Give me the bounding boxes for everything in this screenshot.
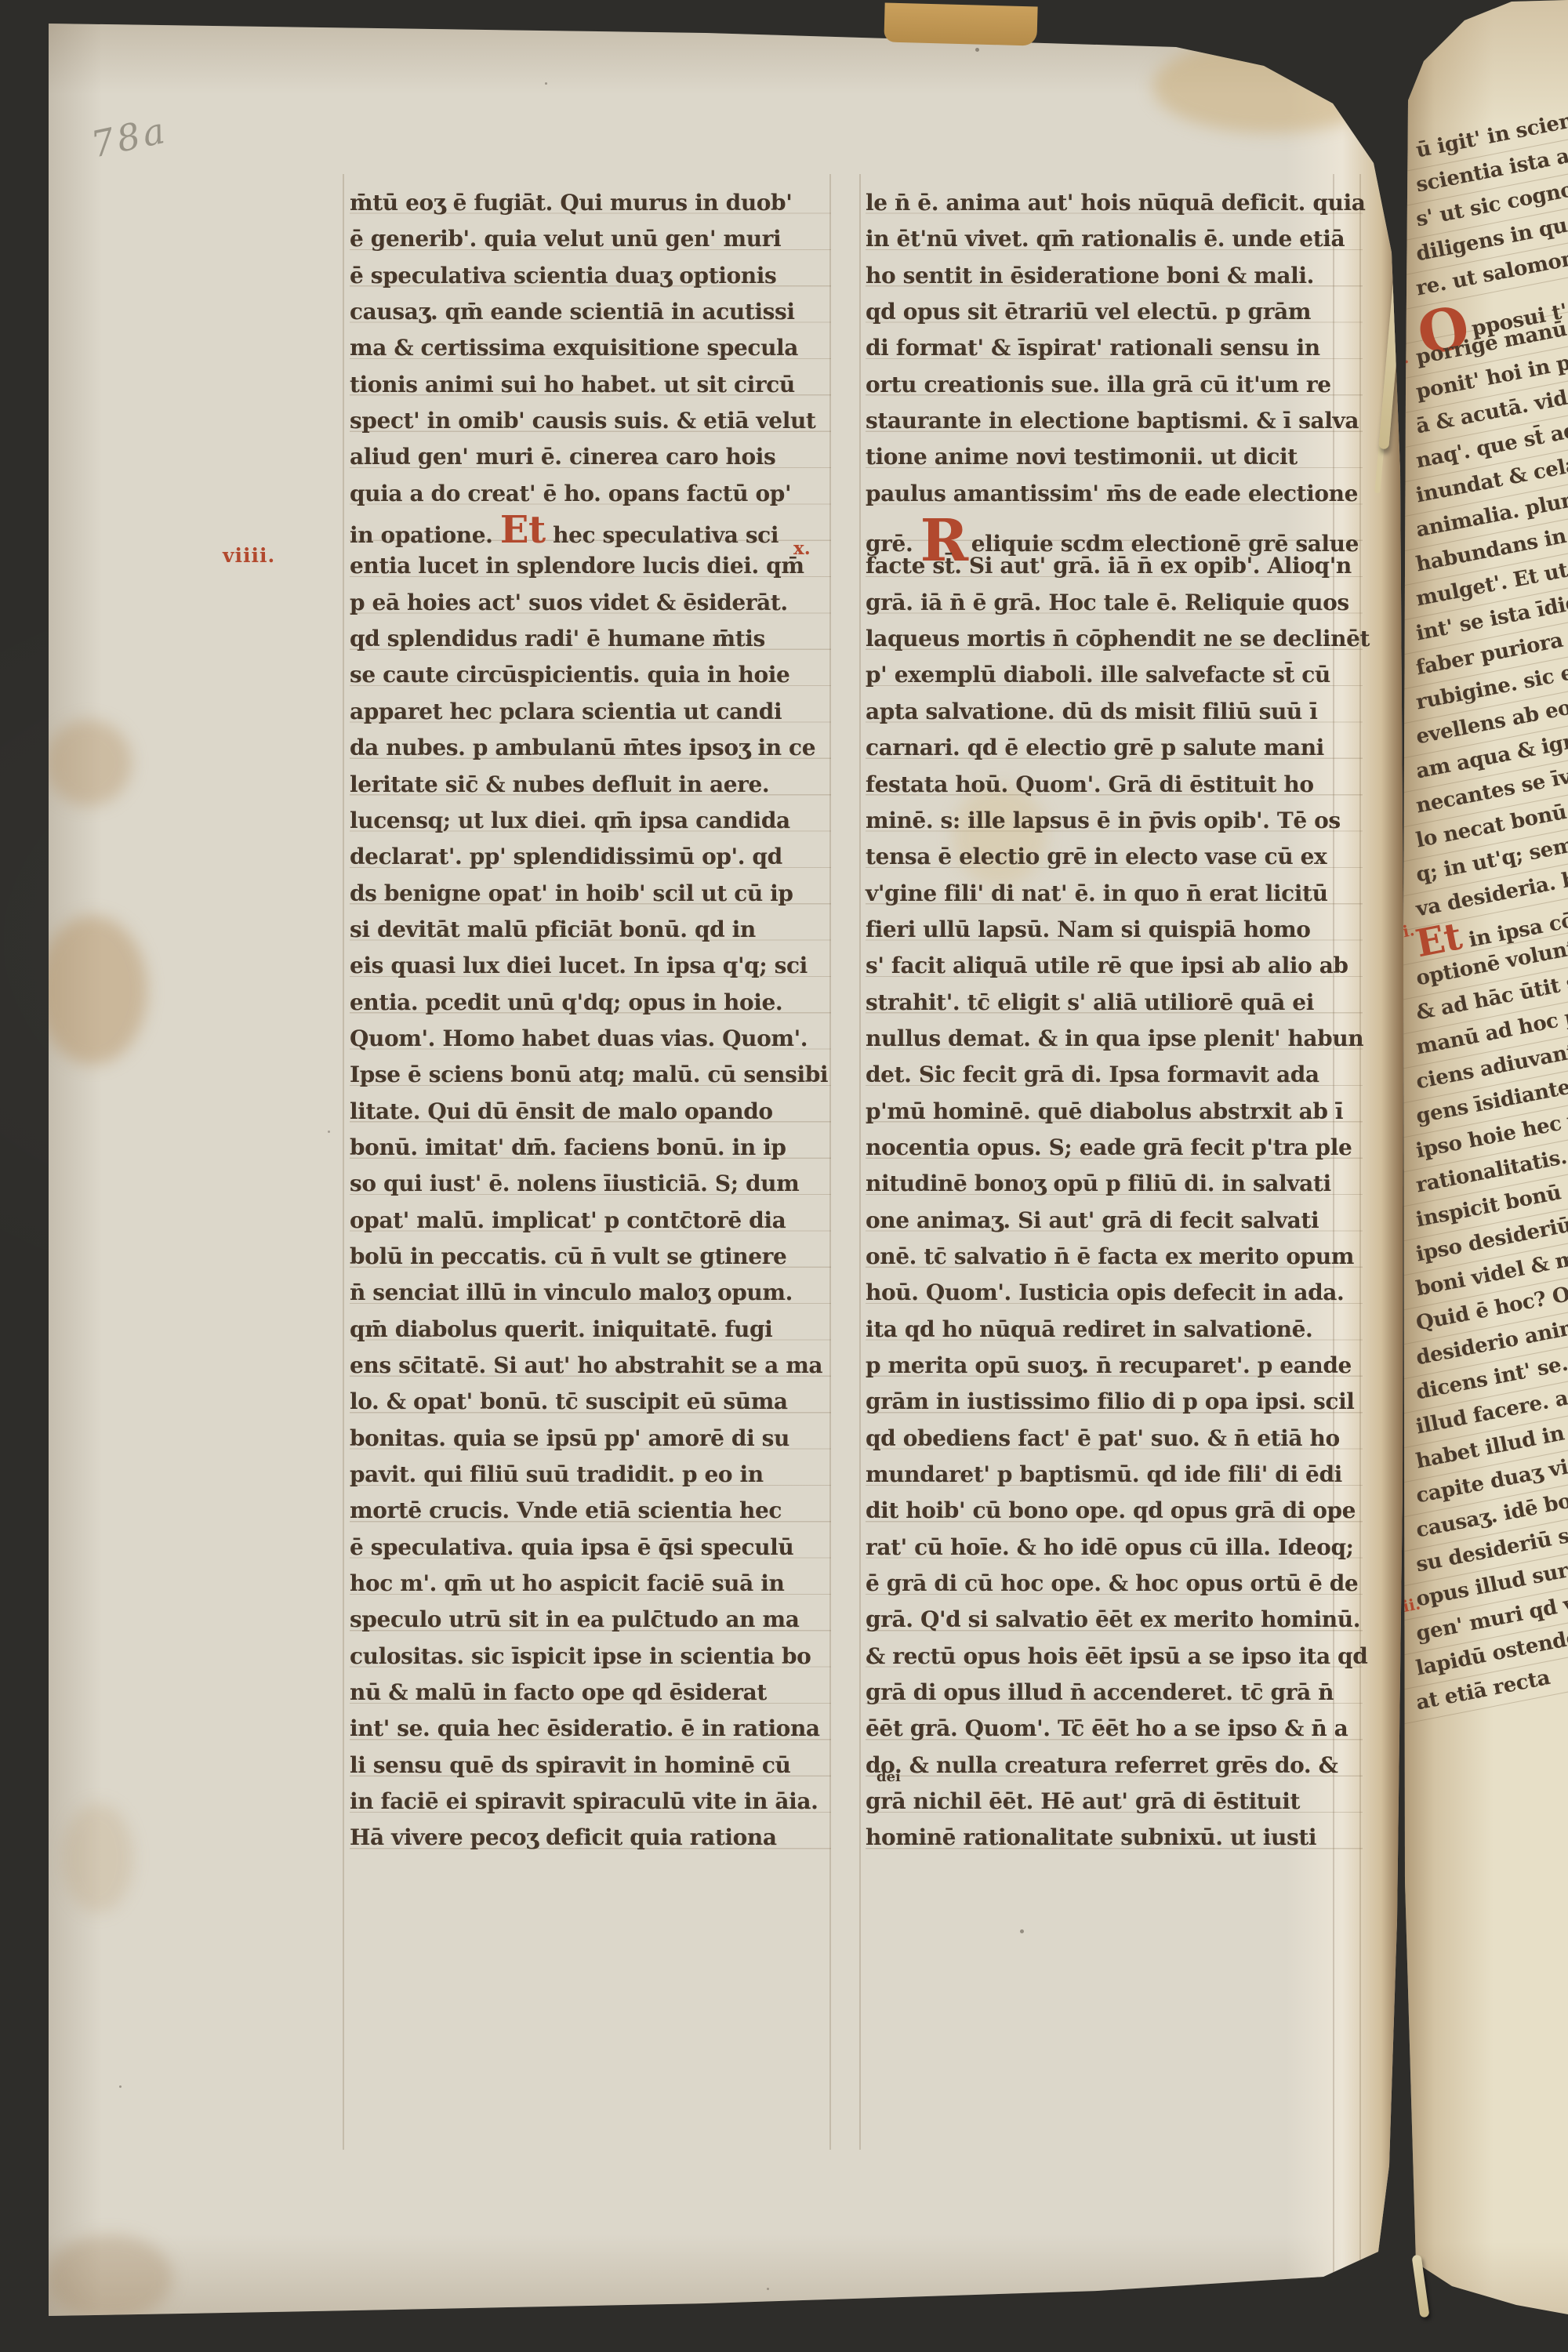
text-line: grē. Reliquie scdm electionē grē salu… [866,512,1363,548]
body-text: m̄tū eoʒ ē fugiāt. Qui murus in duob' [350,190,792,216]
body-text: qd obediens fact' ē pat' suo. & n̄ etia… [866,1425,1340,1451]
text-line: qd obediens fact' ē pat' suo. & n̄ etia… [866,1421,1363,1457]
body-text: ma & certissima exquisitione specula [350,335,798,361]
text-line: do. & nulla creatura referret grēs do. … [866,1748,1363,1784]
body-text: eis quasi lux diei lucet. In ipsa q'q; s… [350,953,808,978]
body-text: minē. s: ille lapsus ē in p̄vis opib'.… [866,808,1341,833]
body-text: p' exemplū diaboli. ille salvefacte st̄… [866,662,1330,688]
body-text: in faciē ei spiravit spiraculū vite in… [350,1788,818,1814]
text-line: hoc m'. qm̄ ut ho aspicit faciē suā in [350,1566,831,1602]
text-line: in ēt'nū vivet. qm̄ rationalis ē. und… [866,221,1363,257]
fly-specks [0,0,2,2]
body-text: staurante in electione baptismi. & ī sa… [866,408,1359,434]
body-text: grā di opus illud n̄ accenderet. tc̄ gr… [866,1679,1334,1705]
page-edge-sliver [884,2,1037,45]
text-line: qd splendidus radi' ē humane m̄tis [350,621,831,657]
text-line: se caute circūspicientis. quia in hoie [350,657,831,693]
body-text: ēēt grā. Quom'. Tc̄ ēēt ho a se ips… [866,1715,1348,1741]
text-line: bonitas. quia se ipsū pp' amorē di su [350,1421,831,1457]
text-line: v'gine fili' di nat' ē. in quo n̄ erat … [866,876,1363,912]
body-text: dit hoib' cū bono ope. qd opus grā di … [866,1497,1356,1523]
body-text: v'gine fili' di nat' ē. in quo n̄ erat … [866,880,1328,906]
text-line: bolū in peccatis. cū n̄ vult se gtiner… [350,1239,831,1275]
text-line: ita qd ho nūquā rediret in salvationē… [866,1312,1363,1348]
text-line: ens sc̄itatē. Si aut' ho abstrahit se a… [350,1348,831,1384]
body-text: si devitāt malū pficiāt bonū. qd in [350,916,756,942]
text-line: nocentia opus. S; eade grā fecit p'tra … [866,1130,1363,1166]
text-line: ē grā di cū hoc ope. & hoc opus ortū… [866,1566,1363,1602]
body-text: apta salvatione. dū ds misit filiū suu… [866,699,1317,724]
text-line: hoū. Quom'. Iusticia opis defecit in ad… [866,1275,1363,1311]
text-line: le n̄ ē. anima aut' hois nūquā defici… [866,185,1363,221]
ruling-line-vertical [859,174,861,2150]
body-text: ē speculativa scientia duaʒ optionis [350,263,776,289]
body-text: p'mū hominē. quē diabolus abstrxit ab… [866,1098,1343,1124]
text-line: ho sentit in ēsideratione boni & mali. [866,258,1363,294]
text-line: culositas. sic īspicit ipse in scientia… [350,1639,831,1675]
body-text: tione anime novi testimonii. ut dicit [866,444,1298,470]
body-text: Ipse ē sciens bonū atq; malū. cū sen… [350,1062,828,1087]
text-line: strahit'. tc̄ eligit s' aliā utiliorē … [866,985,1363,1021]
text-line: apparet hec pclara scientia ut candi [350,694,831,730]
body-text: ho sentit in ēsideratione boni & mali. [866,263,1314,289]
text-line: eis quasi lux diei lucet. In ipsa q'q; s… [350,948,831,984]
text-line: & rectū opus hois ēēt ipsū a se ipso… [866,1639,1363,1675]
text-line: di format' & īspirat' rationali sensu i… [866,330,1363,366]
body-text: leritate sic̄ & nubes defluit in aere. [350,771,769,797]
binding-thread [1378,273,1404,449]
body-text: se caute circūspicientis. quia in hoie [350,662,789,688]
body-text: so qui iust' ē. nolens īiusticiā. S; … [350,1171,799,1196]
body-text: qd splendidus radi' ē humane m̄tis [350,626,765,652]
body-text: speculo utrū sit in ea pulc̄tudo an ma [350,1606,799,1632]
text-line: leritate sic̄ & nubes defluit in aere. [350,767,831,803]
text-line: grā. iā n̄ ē grā. Hoc tale ē. Reliq… [866,585,1363,621]
text-line: nū & malū in facto ope qd ēsiderat [350,1675,831,1711]
body-text: causaʒ. qm̄ eande scientiā in acutissi [350,299,795,325]
text-line: tionis animi sui ho habet. ut sit circū [350,367,831,403]
text-line: fieri ullū lapsū. Nam si quispiā homo [866,912,1363,948]
body-text: li sensu quē ds spiravit in hominē cū [350,1752,790,1778]
text-line: qm̄ diabolus querit. iniquitatē. fugi [350,1312,831,1348]
text-line: da nubes. p ambulanū m̄tes ipsoʒ in ce [350,730,831,766]
body-text: n̄ senciat illū in vinculo maloʒ opum. [350,1279,793,1305]
body-text: litate. Qui dū ēnsit de malo opando [350,1098,773,1124]
body-text: rat' cū hoīe. & ho idē opus cū illa.… [866,1534,1354,1560]
body-text: ortu creationis sue. illa grā cū it'um… [866,372,1331,397]
text-line: mundaret' p baptismū. qd ide fili' di e… [866,1457,1363,1493]
body-text: carnari. qd ē electio grē p salute man… [866,735,1324,760]
body-text: p merita opū suoʒ. n̄ recuparet'. p ean… [866,1352,1352,1378]
text-line: speculo utrū sit in ea pulc̄tudo an ma [350,1602,831,1638]
text-line: tensa ē electio grē in electo vase cū… [866,839,1363,875]
body-text: qd opus sit ētrariū vel electū. p gra… [866,299,1311,325]
body-text: apparet hec pclara scientia ut candi [350,699,782,724]
text-line: apta salvatione. dū ds misit filiū suu… [866,694,1363,730]
text-line: opat' malū. implicat' p contc̄torē dia [350,1203,831,1239]
body-text: ē generib'. quia velut unū gen' muri [350,226,781,252]
body-text: ds benigne opat' in hoib' scil ut cū ip [350,880,793,906]
folio-number-pencil: 78a [87,108,171,165]
text-line: lo. & opat' bonū. tc̄ suscipit eū sūm… [350,1384,831,1420]
text-line: dit hoib' cū bono ope. qd opus grā di … [866,1493,1363,1529]
text-column-right: le n̄ ē. anima aut' hois nūquā defici… [866,185,1363,1857]
parchment-stain [45,720,132,806]
parchment-stain [63,1803,133,1913]
text-line: grā. Q'd si salvatio ēēt ex merito ho… [866,1602,1363,1638]
text-line: det. Sic fecit grā di. Ipsa formavit ad… [866,1057,1363,1093]
body-text: opat' malū. implicat' p contc̄torē dia [350,1207,786,1233]
body-text: mundaret' p baptismū. qd ide fili' di e… [866,1461,1342,1487]
body-text: hoc m'. qm̄ ut ho aspicit faciē suā in [350,1570,784,1596]
body-text: quia a do creat' ē ho. opans factū op' [350,481,791,506]
text-line: causaʒ. qm̄ eande scientiā in acutissi [350,294,831,330]
text-line: in faciē ei spiravit spiraculū vite in… [350,1784,831,1820]
body-text: hec speculativa sci [546,522,779,548]
text-line: ma & certissima exquisitione specula [350,330,831,366]
text-line: pavit. qui filiū suū tradidit. p eo in [350,1457,831,1493]
body-text: grā nichil ēēt. Hē aut' grā di ēst… [866,1788,1300,1814]
text-line: declarat'. pp' splendidissimū op'. qd [350,839,831,875]
text-line: hominē rationalitate subnixū. ut iusti [866,1820,1363,1856]
text-line: p eā hoies act' suos videt & ēsiderāt… [350,585,831,621]
next-page-text-column: ū igit' in scientia boni &scientia ista… [1377,143,1568,1730]
body-text: bonū. imitat' dm̄. faciens bonū. in ip [350,1134,786,1160]
body-text: culositas. sic īspicit ipse in scientia… [350,1643,811,1669]
text-line: spect' in omib' causis suis. & etiā vel… [350,403,831,439]
body-text: nitudinē bonoʒ opū p filiū di. in sal… [866,1171,1331,1196]
text-column-left: m̄tū eoʒ ē fugiāt. Qui murus in duob'… [350,185,831,1857]
body-text: grā. Q'd si salvatio ēēt ex merito ho… [866,1606,1360,1632]
text-line: p' exemplū diaboli. ille salvefacte st̄… [866,657,1363,693]
body-text: mortē crucis. Vnde etiā scientia hec [350,1497,782,1523]
body-text: lo. & opat' bonū. tc̄ suscipit eū sūm… [350,1388,788,1414]
body-text: festata hoū. Quom'. Grā di ēstituit h… [866,771,1314,797]
chapter-numeral-rubric: viiii. [223,544,275,567]
body-text: laqueus mortis n̄ cōphendit ne se decli… [866,626,1370,652]
text-line: Ipse ē sciens bonū atq; malū. cū sen… [350,1057,831,1093]
text-line: lucensq; ut lux diei. qm̄ ipsa candida [350,803,831,839]
body-text: nocentia opus. S; eade grā fecit p'tra … [866,1134,1352,1160]
body-text: fieri ullū lapsū. Nam si quispiā homo [866,916,1311,942]
body-text: hoū. Quom'. Iusticia opis defecit in ad… [866,1279,1344,1305]
text-line: Quom'. Homo habet duas vias. Quom'. [350,1021,831,1057]
body-text: facte st̄. Si aut' grā. iā n̄ ex opib'… [866,553,1352,579]
text-line: mortē crucis. Vnde etiā scientia hec [350,1493,831,1529]
text-line: so qui iust' ē. nolens īiusticiā. S; … [350,1166,831,1202]
text-line: facte st̄. Si aut' grā. iā n̄ ex opib'… [866,548,1363,584]
body-text: ita qd ho nūquā rediret in salvationē… [866,1316,1312,1342]
text-line: m̄tū eoʒ ē fugiāt. Qui murus in duob' [350,185,831,221]
text-line: one animaʒ. Si aut' grā di fecit salvat… [866,1203,1363,1239]
manuscript-photo: { "manuscript": { "folio_number": "78a",… [0,0,1568,2352]
parchment-stain [47,2234,172,2321]
parchment-stain [38,916,147,1065]
body-text: di format' & īspirat' rationali sensu i… [866,335,1320,361]
body-text: hominē rationalitate subnixū. ut iusti [866,1824,1316,1850]
text-line: si devitāt malū pficiāt bonū. qd in [350,912,831,948]
text-line: s' facit aliquā utile rē que ipsi ab a… [866,948,1363,984]
body-text: ens sc̄itatē. Si aut' ho abstrahit se a… [350,1352,822,1378]
body-text: tensa ē electio grē in electo vase cū… [866,844,1327,869]
body-text: nullus demat. & in qua ipse plenit' habu… [866,1025,1363,1051]
text-line: p merita opū suoʒ. n̄ recuparet'. p ean… [866,1348,1363,1384]
body-text: det. Sic fecit grā di. Ipsa formavit ad… [866,1062,1319,1087]
body-text: p eā hoies act' suos videt & ēsiderāt… [350,590,788,615]
body-text: pavit. qui filiū suū tradidit. p eo in [350,1461,764,1487]
text-line: ē generib'. quia velut unū gen' muri [350,221,831,257]
body-text: le n̄ ē. anima aut' hois nūquā defici… [866,190,1365,216]
body-text: int' se. quia hec ēsideratio. ē in rat… [350,1715,820,1741]
body-text: ē speculativa. quia ipsa ē q̄si specul… [350,1534,793,1560]
body-text: qm̄ diabolus querit. iniquitatē. fugi [350,1316,772,1342]
text-line: aliud gen' muri ē. cinerea caro hois [350,439,831,475]
text-line: entia lucet in splendore lucis diei. qm̄ [350,548,831,584]
text-line: int' se. quia hec ēsideratio. ē in rat… [350,1711,831,1747]
text-line: minē. s: ille lapsus ē in p̄vis opib'.… [866,803,1363,839]
body-text: grām in iustissimo filio di p opa ipsi.… [866,1388,1355,1414]
text-line: staurante in electione baptismi. & ī sa… [866,403,1363,439]
parchment-stain [1152,39,1388,133]
text-line: bonū. imitat' dm̄. faciens bonū. in ip [350,1130,831,1166]
text-line: tione anime novi testimonii. ut dicit [866,439,1363,475]
text-line: nullus demat. & in qua ipse plenit' habu… [866,1021,1363,1057]
text-line: Hā vivere pecoʒ deficit quia rationa [350,1820,831,1856]
body-text: s' facit aliquā utile rē que ipsi ab a… [866,953,1348,978]
text-line: ē speculativa. quia ipsa ē q̄si specul… [350,1530,831,1566]
body-text: strahit'. tc̄ eligit s' aliā utiliorē … [866,989,1314,1015]
body-text: onē. tc̄ salvatio n̄ ē facta ex merito… [866,1243,1354,1269]
text-line: laqueus mortis n̄ cōphendit ne se decli… [866,621,1363,657]
body-text: ē grā di cū hoc ope. & hoc opus ortū… [866,1570,1358,1596]
body-text: bolū in peccatis. cū n̄ vult se gtiner… [350,1243,786,1269]
body-text: do. & nulla creatura referret grēs do. … [866,1752,1338,1778]
body-text: declarat'. pp' splendidissimū op'. qd [350,844,782,869]
text-line: ēēt grā. Quom'. Tc̄ ēēt ho a se ips… [866,1711,1363,1747]
text-line: entia. pcedit unū q'dq; opus in hoie. [350,985,831,1021]
body-text: Quom'. Homo habet duas vias. Quom'. [350,1025,808,1051]
body-text: Hā vivere pecoʒ deficit quia rationa [350,1824,777,1850]
body-text: lucensq; ut lux diei. qm̄ ipsa candida [350,808,790,833]
text-line: n̄ senciat illū in vinculo maloʒ opum. [350,1275,831,1311]
text-line: quia a do creat' ē ho. opans factū op' [350,476,831,512]
body-text: & rectū opus hois ēēt ipsū a se ipso… [866,1643,1367,1669]
body-text: one animaʒ. Si aut' grā di fecit salvat… [866,1207,1319,1233]
body-text: grā. iā n̄ ē grā. Hoc tale ē. Reliq… [866,590,1349,615]
body-text: nū & malū in facto ope qd ēsiderat [350,1679,767,1705]
ruling-line-vertical [343,174,344,2150]
text-line: nitudinē bonoʒ opū p filiū di. in sal… [866,1166,1363,1202]
text-line: litate. Qui dū ēnsit de malo opando [350,1094,831,1130]
body-text: paulus amantissim' m̄s de eade electione [866,481,1358,506]
manuscript-page: 78a viiii. x. dei m̄tū eoʒ ē fugiāt. … [0,0,1568,2352]
text-line: grām in iustissimo filio di p opa ipsi.… [866,1384,1363,1420]
body-text: da nubes. p ambulanū m̄tes ipsoʒ in ce [350,735,815,760]
text-line: in opatione. Et hec speculativa sci [350,512,831,548]
text-line: ortu creationis sue. illa grā cū it'um… [866,367,1363,403]
body-text: bonitas. quia se ipsū pp' amorē di su [350,1425,789,1451]
body-text: entia. pcedit unū q'dq; opus in hoie. [350,989,782,1015]
body-text: aliud gen' muri ē. cinerea caro hois [350,444,775,470]
body-text: tionis animi sui ho habet. ut sit circū [350,372,795,397]
text-line: grā nichil ēēt. Hē aut' grā di ēst… [866,1784,1363,1820]
text-line: qd opus sit ētrariū vel electū. p gra… [866,294,1363,330]
text-line: ds benigne opat' in hoib' scil ut cū ip [350,876,831,912]
text-line: rat' cū hoīe. & ho idē opus cū illa.… [866,1530,1363,1566]
text-line: p'mū hominē. quē diabolus abstrxit ab… [866,1094,1363,1130]
text-line: carnari. qd ē electio grē p salute man… [866,730,1363,766]
text-line: grā di opus illud n̄ accenderet. tc̄ gr… [866,1675,1363,1711]
body-text: in ēt'nū vivet. qm̄ rationalis ē. und… [866,226,1345,252]
text-line: festata hoū. Quom'. Grā di ēstituit h… [866,767,1363,803]
text-line: ē speculativa scientia duaʒ optionis [350,258,831,294]
rubric-text: Et [500,508,546,552]
body-text: in opatione. [350,522,500,548]
text-line: onē. tc̄ salvatio n̄ ē facta ex merito… [866,1239,1363,1275]
body-text: entia lucet in splendore lucis diei. qm̄ [350,553,804,579]
body-text: spect' in omib' causis suis. & etiā vel… [350,408,815,434]
text-line: li sensu quē ds spiravit in hominē cū [350,1748,831,1784]
